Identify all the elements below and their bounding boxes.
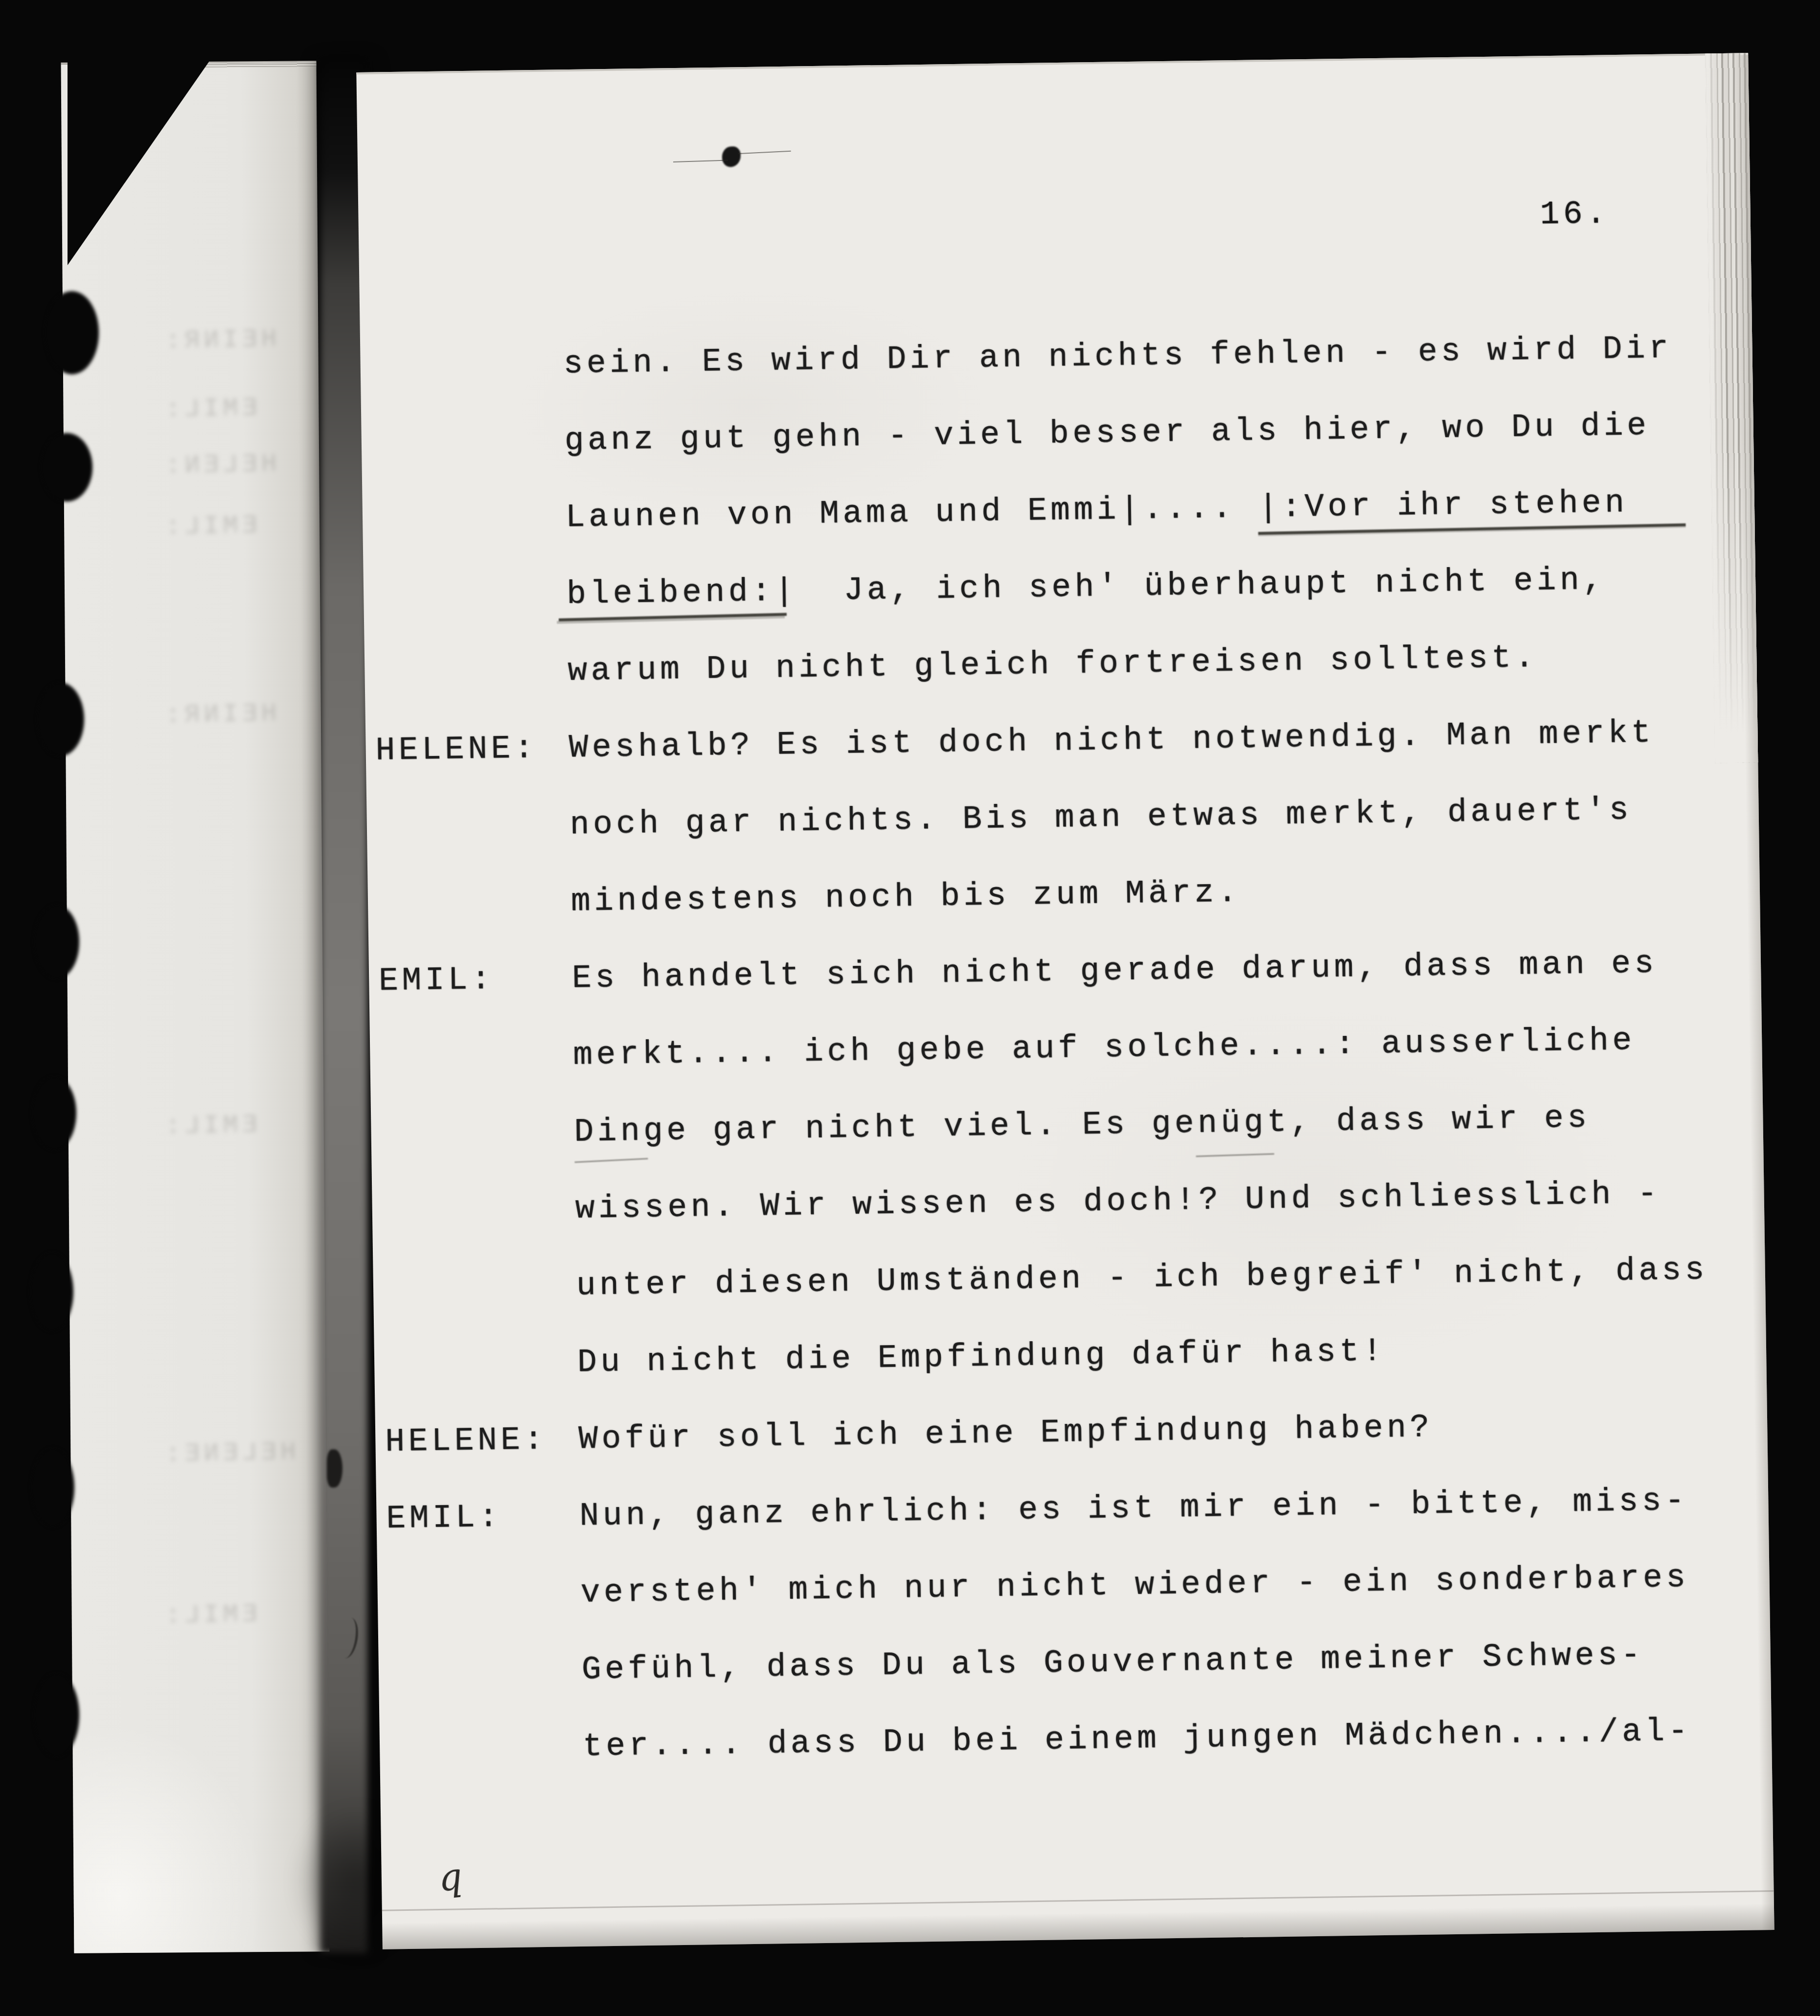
dialogue-text: Du nicht die Empfindung dafür hast! xyxy=(577,1333,1386,1381)
ghost-label: EMIL: xyxy=(161,1109,318,1141)
script-line: unter diesen Umständen - ich begreif' ni… xyxy=(373,1251,1766,1309)
dialogue-text: Es handelt sich nicht gerade darum, dass… xyxy=(572,945,1658,997)
script-line: wissen. Wir wissen es doch!? Und schlies… xyxy=(372,1174,1764,1233)
dialogue-text: ganz gut gehn - viel besser als hier, wo… xyxy=(564,407,1650,459)
speaker-label: HELENE: xyxy=(375,730,537,769)
script-line: Launen von Mama und Emmi|.... |:Vor ihr … xyxy=(363,482,1755,541)
script-line: versteh' mich nur nicht wieder - ein son… xyxy=(377,1558,1770,1617)
handwritten-mark: q xyxy=(436,1854,464,1900)
ghost-label: HEINR: xyxy=(161,324,318,356)
ghost-label: HELENE: xyxy=(161,1437,318,1469)
scanned-script-page: HEINR: EMIL: HELEN: EMIL: HEINR: EMIL: H… xyxy=(0,0,1820,2016)
script-line: EMIL:Nun, ganz ehrlich: es ist mir ein -… xyxy=(376,1481,1769,1540)
tear-blob xyxy=(32,1077,76,1150)
script-line: sein. Es wird Dir an nichts fehlen - es … xyxy=(360,329,1752,388)
dialogue-text: mindestens noch bis zum März. xyxy=(571,874,1241,920)
script-line: Dinge gar nicht viel. Es genügt, dass wi… xyxy=(371,1097,1763,1156)
dialogue-text: Gefühl, dass Du als Gouvernante meiner S… xyxy=(581,1637,1644,1688)
dialogue-text: Wofür soll ich eine Empfindung haben? xyxy=(578,1409,1433,1458)
script-line: Du nicht die Empfindung dafür hast! xyxy=(374,1328,1767,1386)
script-line: mindestens noch bis zum März. xyxy=(368,867,1760,925)
ghost-label: EMIL: xyxy=(161,510,318,542)
dialogue-text: ter.... dass Du bei einem jungen Mädchen… xyxy=(583,1713,1692,1765)
dialogue-text: wissen. Wir wissen es doch!? Und schlies… xyxy=(575,1175,1661,1227)
tear-blob xyxy=(31,1448,74,1527)
script-line: merkt.... ich gebe auf solche....: ausse… xyxy=(370,1020,1762,1079)
script-line: noch gar nichts. Bis man etwas merkt, da… xyxy=(366,790,1759,848)
dialogue-text: Dinge gar nicht viel. Es genügt, dass wi… xyxy=(574,1100,1591,1150)
dialogue-text: warum Du nicht gleich fortreisen solltes… xyxy=(568,639,1538,689)
tear-blob xyxy=(34,1673,79,1757)
tear-blob xyxy=(37,683,84,756)
script-line: Gefühl, dass Du als Gouvernante meiner S… xyxy=(378,1635,1771,1694)
dialogue-text: bleibend:| Ja, ich seh' überhaupt nicht … xyxy=(567,561,1606,613)
ghost-label: EMIL: xyxy=(161,392,318,424)
tear-blob xyxy=(41,433,92,502)
dialogue-text: Nun, ganz ehrlich: es ist mir ein - bitt… xyxy=(579,1482,1688,1535)
dialogue-text: unter diesen Umständen - ich begreif' ni… xyxy=(576,1252,1708,1304)
speaker-label: EMIL: xyxy=(379,961,495,999)
tear-blob xyxy=(34,905,79,979)
ghost-label: HELEN: xyxy=(161,449,318,481)
dialogue-text: noch gar nichts. Bis man etwas merkt, da… xyxy=(569,792,1632,843)
typewritten-text: sein. Es wird Dir an nichts fehlen - es … xyxy=(356,55,1774,1949)
dialogue-text: merkt.... ich gebe auf solche....: ausse… xyxy=(573,1022,1636,1074)
tear-blob xyxy=(30,1253,73,1331)
script-page: 16. sein. Es wird Dir an nichts fehlen -… xyxy=(356,53,1774,1949)
dialogue-text: versteh' mich nur nicht wieder - ein son… xyxy=(580,1559,1689,1611)
speaker-label: HELENE: xyxy=(385,1421,547,1461)
dialogue-text: Weshalb? Es ist doch nicht notwendig. Ma… xyxy=(569,714,1655,766)
ghost-label: HEINR: xyxy=(161,698,318,730)
script-line: bleibend:| Ja, ich seh' überhaupt nicht … xyxy=(364,559,1756,618)
ink-blot xyxy=(327,1449,342,1488)
script-line: HELENE:Wofür soll ich eine Empfindung ha… xyxy=(375,1404,1768,1463)
dialogue-text: sein. Es wird Dir an nichts fehlen - es … xyxy=(563,330,1672,383)
script-line: warum Du nicht gleich fortreisen solltes… xyxy=(364,636,1757,695)
tear-blob xyxy=(45,291,99,374)
script-line: EMIL:Es handelt sich nicht gerade darum,… xyxy=(369,943,1761,1002)
script-line: ter.... dass Du bei einem jungen Mädchen… xyxy=(380,1712,1772,1770)
script-line: ganz gut gehn - viel besser als hier, wo… xyxy=(361,406,1753,464)
script-line: HELENE:Weshalb? Es ist doch nicht notwen… xyxy=(365,713,1758,772)
ghost-label: EMIL: xyxy=(161,1599,318,1630)
speaker-label: EMIL: xyxy=(386,1499,502,1537)
